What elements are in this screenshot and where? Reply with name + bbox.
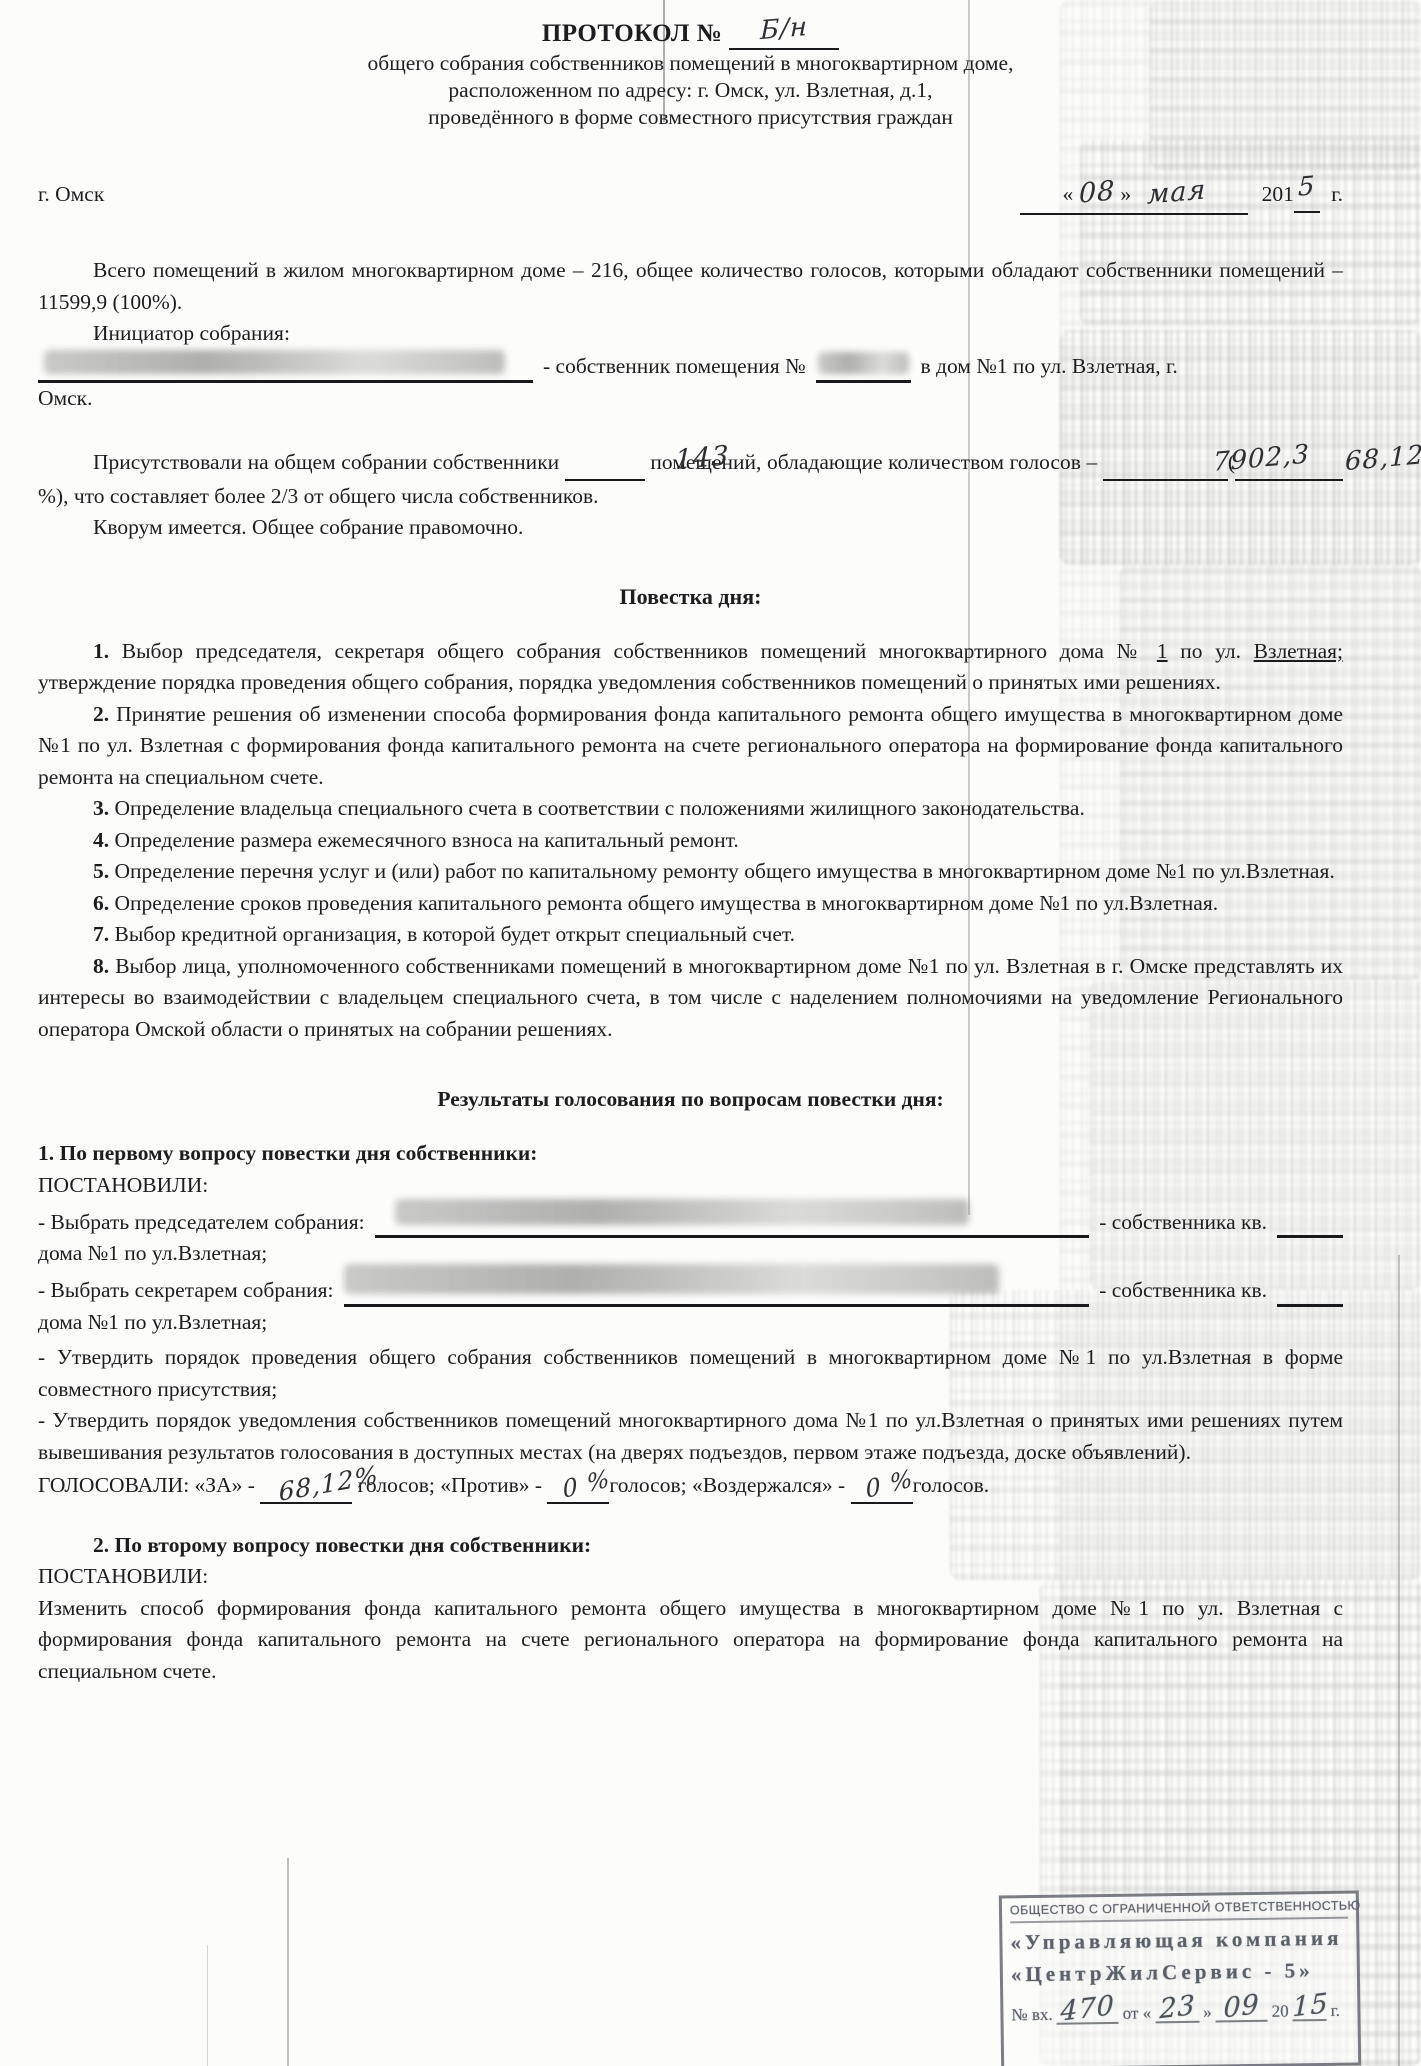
vote-za-handwritten: 68,12%: [278, 1462, 379, 1505]
agenda-item-2: 2. Принятие решения об изменении способа…: [38, 699, 1343, 794]
secretary-tail: дома №1 по ул.Взлетная;: [38, 1307, 1343, 1339]
question2-heading: 2. По второму вопросу повестки дня собст…: [38, 1530, 1343, 1562]
results-heading: Результаты голосования по вопросам повес…: [38, 1087, 1343, 1112]
agenda-item-number: 5.: [93, 859, 109, 883]
approve-notice-text: - Утвердить порядок уведомления собствен…: [38, 1405, 1343, 1468]
redacted-chairman-name: [395, 1199, 970, 1225]
date-day-handwritten: 08: [1078, 177, 1115, 207]
secretary-row: - Выбрать секретарем собрания: - собстве…: [38, 1274, 1343, 1307]
secretary-label: - Выбрать секретарем собрания:: [38, 1275, 334, 1307]
protocol-address: расположенном по адресу: г. Омск, ул. Вз…: [38, 77, 1343, 104]
initiator-label: Инициатор собрания:: [38, 318, 1343, 350]
date-month-handwritten: мая: [1146, 176, 1206, 208]
stamp-year-handwritten: 15: [1292, 1990, 1329, 2022]
agenda-item-number: 8.: [93, 954, 109, 978]
owner-suffix: - собственника кв.: [1099, 1207, 1267, 1239]
stamp-day-blank: 23: [1155, 1994, 1199, 2024]
protocol-number-handwritten: Б/н: [760, 14, 808, 44]
stamp-company-type: ОБЩЕСТВО С ОГРАНИЧЕННОЙ ОТВЕТСТВЕННОСТЬЮ: [1010, 1899, 1348, 1924]
protocol-number-blank: Б/н: [729, 20, 839, 50]
agenda-item-number: 4.: [93, 828, 109, 852]
agenda-heading: Повестка дня:: [38, 584, 1343, 610]
agenda-item-number: 3.: [93, 796, 109, 820]
quorum-text: Кворум имеется. Общее собрание правомочн…: [38, 512, 1343, 544]
stamp-day-handwritten: 23: [1159, 1992, 1196, 2024]
agenda-item-text: Принятие решения об изменении способа фо…: [38, 702, 1343, 789]
present-percent-blank: 68,12: [1235, 447, 1343, 481]
redacted-secretary-name: [344, 1264, 1000, 1294]
protocol-subtitle: общего собрания собственников помещений …: [38, 50, 1343, 77]
date-close-quote: »: [1120, 182, 1131, 206]
redacted-initiator-name: [44, 350, 505, 374]
vote-protiv-blank: 0 %: [547, 1470, 609, 1504]
agenda-item-number: 2.: [93, 702, 109, 726]
stamp-from-label: от «: [1123, 2003, 1152, 2023]
chairman-row: - Выбрать председателем собрания: - собс…: [38, 1205, 1343, 1238]
present-text4: %), что составляет более 2/3 от общего ч…: [38, 484, 599, 508]
date-year-printed: 201: [1262, 182, 1294, 206]
owner-suffix: - собственника кв.: [1099, 1275, 1267, 1307]
vote-protiv-suffix: голосов;: [609, 1473, 686, 1497]
date-year-blank: 5: [1294, 179, 1320, 213]
chairman-label: - Выбрать председателем собрания:: [38, 1207, 365, 1239]
date-year-handwritten: 5: [1298, 173, 1316, 201]
initiator-apartment-blank: [816, 350, 911, 383]
stamp-year-suffix: г.: [1331, 2001, 1341, 2021]
vote-vozderzhalsya-prefix: «Воздержался» -: [692, 1473, 845, 1497]
present-text1: Присутствовали на общем собрании собстве…: [93, 450, 559, 474]
resolved-label-2: ПОСТАНОВИЛИ:: [38, 1561, 1343, 1593]
fold-line: [287, 1858, 289, 2066]
vote-vozderzhalsya-handwritten: 0 %: [865, 1466, 915, 1502]
initiator-owner-text2: в дом №1 по ул. Взлетная, г.: [921, 351, 1178, 383]
city-label: г. Омск: [38, 179, 104, 211]
vote-protiv-handwritten: 0 %: [562, 1466, 612, 1502]
stamp-month-blank: 09: [1215, 1993, 1267, 2023]
vote-vozderzhalsya-blank: 0 %: [851, 1470, 913, 1504]
question1-heading: 1. По первому вопросу повестки дня собст…: [38, 1138, 1343, 1170]
present-count-blank: 143: [565, 447, 645, 481]
initiator-row: - собственник помещения № в дом №1 по ул…: [38, 350, 1343, 383]
stamp-month-handwritten: 09: [1223, 1991, 1260, 2023]
chairman-name-blank: [375, 1205, 1090, 1238]
question2-resolution-text: Изменить способ формирования фонда капит…: [38, 1593, 1343, 1688]
secretary-name-blank: [344, 1274, 1090, 1307]
vote-protiv-prefix: «Против» -: [440, 1473, 542, 1497]
agenda-item-text: Определение сроков проведения капитально…: [115, 891, 1219, 915]
agenda-item-text: Определение размера ежемесячного взноса …: [115, 828, 739, 852]
vote-vozderzhalsya-suffix: голосов.: [913, 1473, 990, 1497]
initiator-owner-text: - собственник помещения №: [543, 351, 806, 383]
initiator-name-blank: [38, 350, 533, 383]
totals-paragraph: Всего помещений в жилом многоквартирном …: [38, 255, 1343, 318]
stamp-company-name-line2: «ЦентрЖилСервис - 5»: [1011, 1958, 1349, 1988]
secretary-apartment-blank: [1277, 1274, 1343, 1307]
agenda-item-text: Определение перечня услуг и (или) работ …: [115, 859, 1335, 883]
fold-line: [207, 1945, 208, 2066]
date-field: « 08 » мая 2015 г.: [1020, 179, 1343, 215]
agenda-item-number: 1.: [93, 639, 109, 663]
agenda-item-4: 4. Определение размера ежемесячного взно…: [38, 825, 1343, 857]
agenda-item-6: 6. Определение сроков проведения капитал…: [38, 888, 1343, 920]
present-paragraph: Присутствовали на общем собрании собстве…: [38, 447, 1343, 512]
agenda-item-7: 7. Выбор кредитной организация, в которо…: [38, 919, 1343, 951]
protocol-title: ПРОТОКОЛ № Б/н: [38, 20, 1343, 50]
vote-za-blank: 68,12%: [260, 1470, 352, 1504]
agenda-item-underlined: 1: [1157, 639, 1168, 663]
date-open-quote: «: [1063, 182, 1074, 206]
stamp-incoming-label: № вх.: [1011, 2005, 1053, 2026]
redacted-apartment-number: [818, 352, 909, 374]
vote-za-prefix: ГОЛОСОВАЛИ: «ЗА» -: [38, 1473, 255, 1497]
stamp-registration-line: № вх. 470 от « 23 » 09 2015 г.: [1011, 1992, 1349, 2026]
stamp-quote-close: »: [1203, 2003, 1212, 2023]
chairman-apartment-blank: [1277, 1205, 1343, 1238]
date-suffix: г.: [1331, 182, 1343, 206]
stamp-company-name-line1: «Управляющая компания: [1010, 1926, 1348, 1956]
agenda-item-8: 8. Выбор лица, уполномоченного собственн…: [38, 951, 1343, 1046]
agenda-item-3: 3. Определение владельца специального сч…: [38, 793, 1343, 825]
vote-results-line: ГОЛОСОВАЛИ: «ЗА» - 68,12% голосов; «Прот…: [38, 1470, 1343, 1504]
protocol-title-label: ПРОТОКОЛ №: [542, 20, 723, 47]
scanned-protocol-page: ПРОТОКОЛ № Б/н общего собрания собственн…: [0, 0, 1421, 2066]
city-date-row: г. Омск « 08 » мая 2015 г.: [38, 179, 1343, 215]
agenda-item-text: Выбор кредитной организация, в которой б…: [115, 922, 796, 946]
agenda-item-text: по ул.: [1180, 639, 1241, 663]
agenda-item-text: Выбор председателя, секретаря общего соб…: [122, 639, 1145, 663]
stamp-year-printed: 20: [1272, 2001, 1289, 2021]
date-blank: « 08 » мая: [1020, 179, 1248, 215]
present-votes-blank: 7902,3: [1103, 447, 1228, 481]
resolved-label: ПОСТАНОВИЛИ:: [38, 1170, 1343, 1202]
approve-order-text: - Утвердить порядок проведения общего со…: [38, 1342, 1343, 1405]
stamp-number-handwritten: 470: [1060, 1992, 1115, 2026]
agenda-item-number: 7.: [93, 922, 109, 946]
agenda-item-text: Выбор лица, уполномоченного собственника…: [38, 954, 1343, 1041]
incoming-registration-stamp: ОБЩЕСТВО С ОГРАНИЧЕННОЙ ОТВЕТСТВЕННОСТЬЮ…: [999, 1890, 1361, 2066]
agenda-item-number: 6.: [93, 891, 109, 915]
initiator-owner-text3: Омск.: [38, 383, 1343, 415]
protocol-form: проведённого в форме совместного присутс…: [38, 104, 1343, 131]
stamp-year-blank: 15: [1292, 1992, 1326, 2021]
stamp-number-blank: 470: [1056, 1995, 1118, 2025]
agenda-item-5: 5. Определение перечня услуг и (или) раб…: [38, 856, 1343, 888]
agenda-item-text: Определение владельца специального счета…: [115, 796, 1085, 820]
present-percent-handwritten: 68,12: [1290, 442, 1421, 480]
agenda-item-1: 1. Выбор председателя, секретаря общего …: [38, 636, 1343, 699]
agenda-item-underlined: Взлетная;: [1254, 639, 1343, 663]
agenda-item-text: утверждение порядка проведения общего со…: [38, 670, 1221, 694]
